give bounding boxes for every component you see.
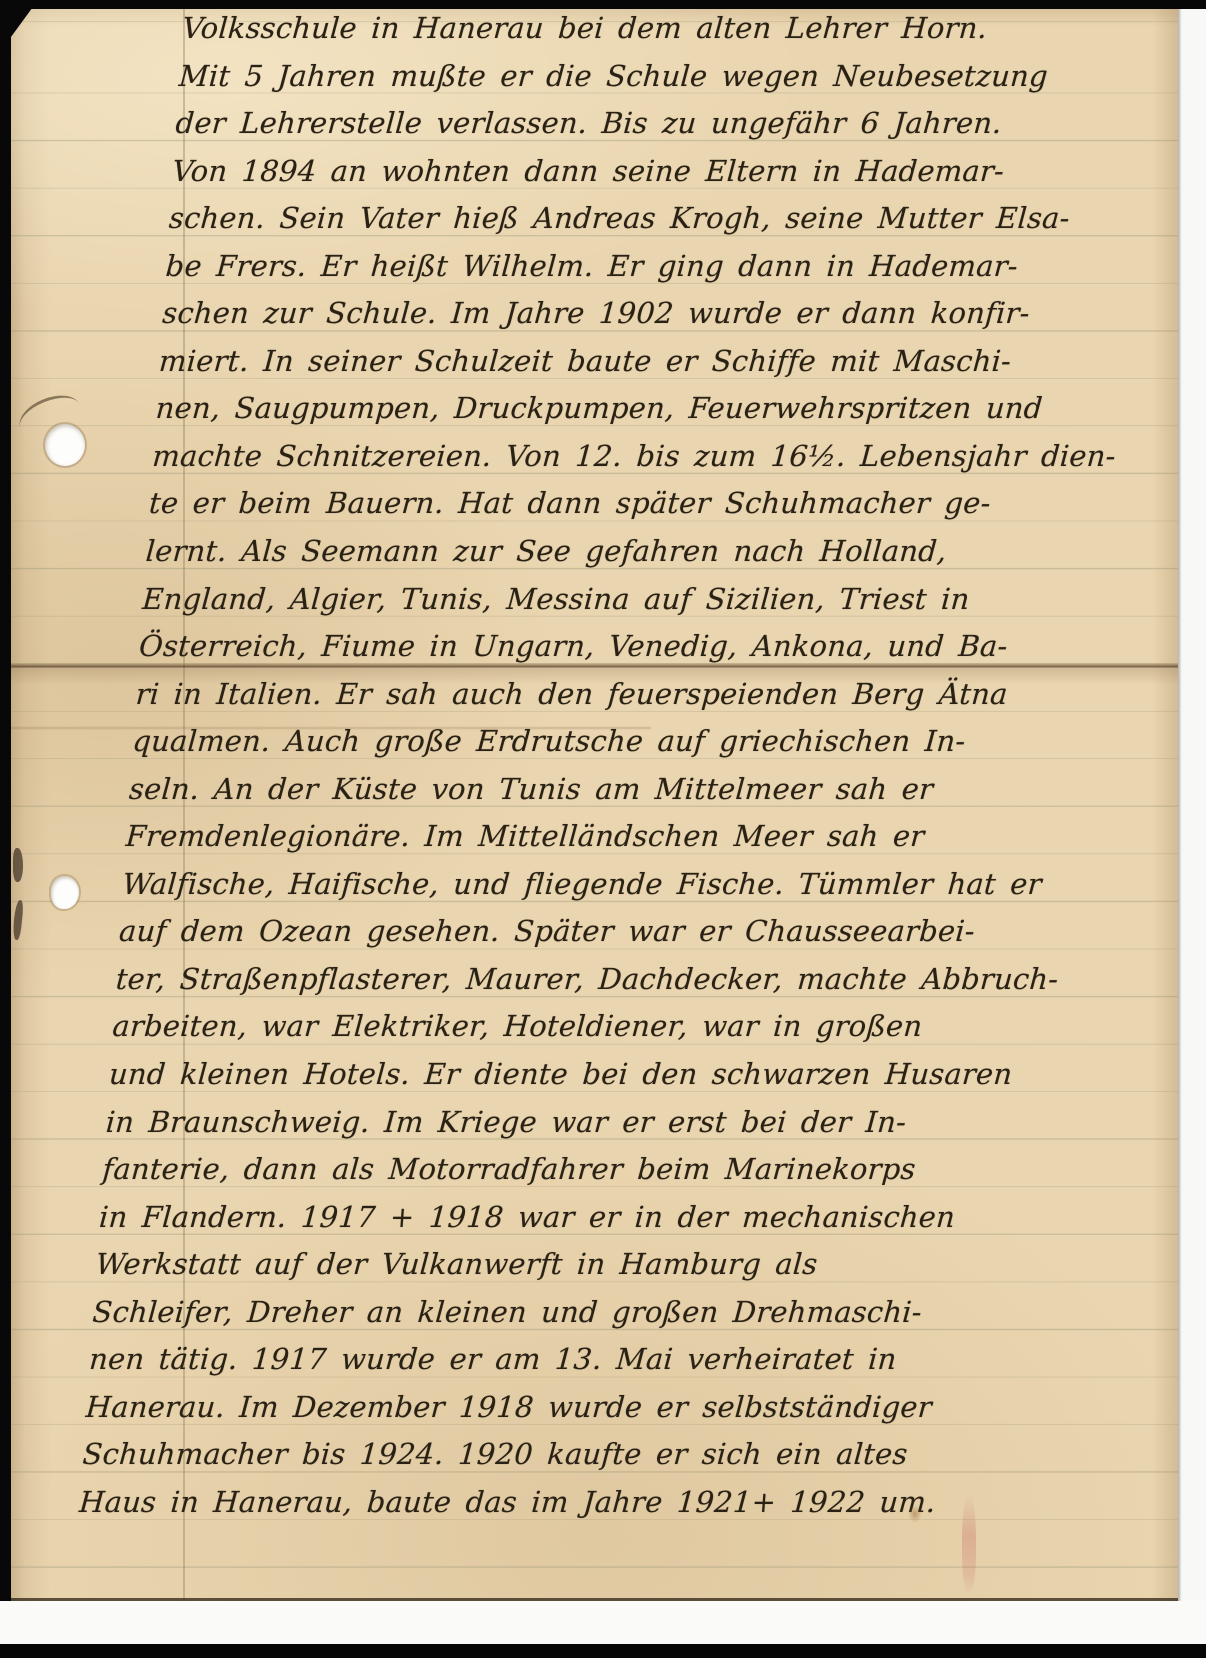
handwriting-line: nen, Saugpumpen, Druckpumpen, Feuerwehrs…: [154, 385, 1151, 433]
handwriting-line: qualmen. Auch große Erdrutsche auf griec…: [131, 718, 1128, 766]
handwriting-line: Volksschule in Hanerau bei dem alten Leh…: [181, 5, 1178, 53]
handwriting-line: in Braunschweig. Im Kriege war er erst b…: [104, 1099, 1101, 1147]
punch-hole-top: [45, 424, 85, 466]
brown-spot: [908, 1505, 922, 1523]
handwriting-line: Hanerau. Im Dezember 1918 wurde er selbs…: [84, 1384, 1081, 1432]
handwriting-line: miert. In seiner Schulzeit baute er Schi…: [157, 338, 1154, 386]
handwriting-line: Österreich, Fiume in Ungarn, Venedig, An…: [137, 623, 1134, 671]
scan-edge-top: [0, 0, 1206, 9]
handwriting-line: Mit 5 Jahren mußte er die Schule wegen N…: [177, 53, 1174, 101]
handwriting-line: lernt. Als Seemann zur See gefahren nach…: [144, 528, 1141, 576]
red-stain: [962, 1495, 976, 1595]
scanned-document-page: Volksschule in Hanerau bei dem alten Leh…: [0, 0, 1206, 1658]
handwriting-line: be Frers. Er heißt Wilhelm. Er ging dann…: [164, 243, 1161, 291]
handwriting-line: Walfische, Haifische, und fliegende Fisc…: [121, 861, 1118, 909]
scanner-bed-right: [1178, 0, 1206, 1658]
handwriting-line: schen zur Schule. Im Jahre 1902 wurde er…: [161, 290, 1158, 338]
handwriting-line: England, Algier, Tunis, Messina auf Sizi…: [141, 576, 1138, 624]
scan-edge-left: [0, 0, 11, 1601]
handwriting-line: Schleifer, Dreher an kleinen und großen …: [91, 1289, 1088, 1337]
handwriting-line: te er beim Bauern. Hat dann später Schuh…: [147, 480, 1144, 528]
handwriting-line: Werkstatt auf der Vulkanwerft in Hamburg…: [94, 1241, 1091, 1289]
handwriting-line: Haus in Hanerau, baute das im Jahre 1921…: [78, 1479, 1075, 1527]
handwriting-line: auf dem Ozean gesehen. Später war er Cha…: [118, 908, 1115, 956]
handwriting-line: Von 1894 an wohnten dann seine Eltern in…: [171, 148, 1168, 196]
handwriting-line: ri in Italien. Er sah auch den feuerspei…: [134, 671, 1131, 719]
handwriting-line: ter, Straßenpflasterer, Maurer, Dachdeck…: [114, 956, 1111, 1004]
handwriting-line: fanterie, dann als Motorradfahrer beim M…: [101, 1146, 1098, 1194]
handwriting-line: arbeiten, war Elektriker, Hoteldiener, w…: [111, 1003, 1108, 1051]
handwriting-line: Fremdenlegionäre. Im Mittelländschen Mee…: [124, 813, 1121, 861]
handwriting-line: schen. Sein Vater hieß Andreas Krogh, se…: [167, 195, 1164, 243]
scanner-bed-bottom: [0, 1601, 1206, 1646]
handwriting-line: seln. An der Küste von Tunis am Mittelme…: [127, 766, 1124, 814]
handwriting-line: Schuhmacher bis 1924. 1920 kaufte er sic…: [81, 1431, 1078, 1479]
edge-smudge: [13, 848, 23, 882]
handwriting-line: der Lehrerstelle verlassen. Bis zu ungef…: [174, 100, 1171, 148]
handwriting-line: in Flandern. 1917 + 1918 war er in der m…: [98, 1194, 1095, 1242]
scan-edge-bottom: [0, 1644, 1206, 1658]
handwriting-line: machte Schnitzereien. Von 12. bis zum 16…: [151, 433, 1148, 481]
handwritten-text: Volksschule in Hanerau bei dem alten Leh…: [78, 5, 1178, 1527]
handwriting-line: und kleinen Hotels. Er diente bei den sc…: [108, 1051, 1105, 1099]
handwriting-line: nen tätig. 1917 wurde er am 13. Mai verh…: [88, 1336, 1085, 1384]
